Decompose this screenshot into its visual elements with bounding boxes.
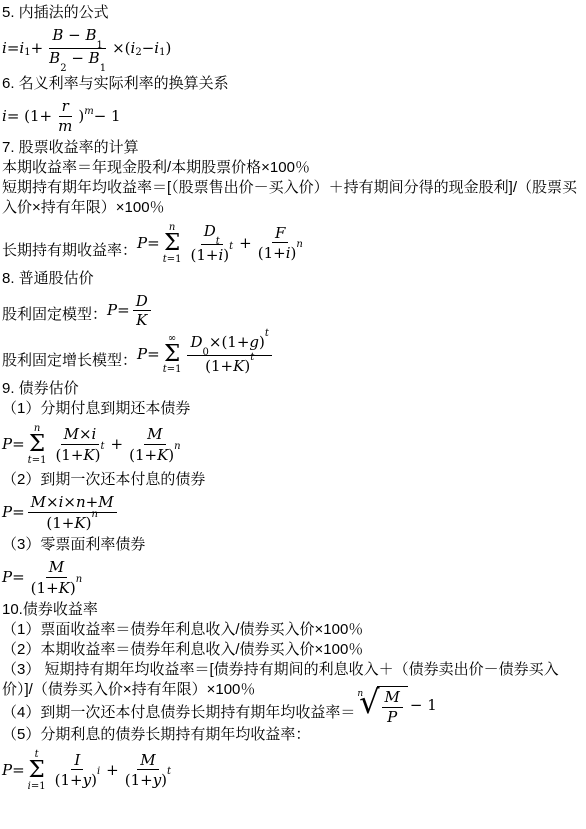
formula-dividend-fixed: P = DK [107,293,154,329]
row-dividend-fixed: 股利固定模型： P = DK [2,293,586,329]
formula-bond-lump-sum: P = M×i×n+M(1+K)n [2,494,120,531]
formula-stock-long-term-yield: P = nΣt=1Dt(1+i)t + F(1+i)n [137,222,309,265]
formula-bond-coupon: P = nΣt=1M×i(1+K)t + M(1+K)n [2,423,187,466]
label-dividend-fixed: 股利固定模型： [2,305,107,329]
line-stock-current-yield: 本期收益率＝年现金股利/本期股票价格×100％ [2,158,586,178]
formula-interpolation: i = i1 + B − B1B2 − B1 ×(i2 − i1) [2,27,171,70]
line-bond-item3: （3）零票面利率债券 [2,535,586,555]
line-bond-periodic-yield-label: （5）分期利息的债券长期持有期年均收益率： [2,725,586,745]
row-stock-long-term-yield: 长期持有期收益率： P = nΣt=1Dt(1+i)t + F(1+i)n [2,222,586,265]
line-stock-short-term-yield: 短期持有期年均收益率＝[（股票售出价－买入价）＋持有期间分得的现金股利]/（股票… [2,178,586,218]
heading-section-9: 9. 债券估价 [2,379,586,399]
formula-dividend-growth: P = ∞Σt=1D0×(1+g)t(1+K)t [137,333,275,376]
heading-section-6: 6. 名义利率与实际利率的换算关系 [2,74,586,94]
heading-section-10: 10.债券收益率 [2,600,586,620]
row-bond-lump-yield: （4）到期一次还本付息债券长期持有期年均收益率＝ n√MP − 1 [2,700,586,725]
label-long-term-yield: 长期持有期收益率： [2,241,137,265]
heading-section-5: 5. 内插法的公式 [2,3,586,23]
line-bond-coupon-yield: （1）票面收益率＝债券年利息收入/债券买入价×100％ [2,620,586,640]
line-bond-short-term-yield: （3） 短期持有期年均收益率＝[债券持有期间的利息收入＋（债券卖出价－债券买入价… [2,660,586,700]
line-bond-item2: （2）到期一次还本付息的债券 [2,470,586,490]
heading-section-8: 8. 普通股估价 [2,269,586,289]
row-dividend-growth: 股利固定增长模型： P = ∞Σt=1D0×(1+g)t(1+K)t [2,333,586,376]
label-dividend-growth: 股利固定增长模型： [2,351,137,375]
heading-section-7: 7. 股票收益率的计算 [2,138,586,158]
formula-bond-zero-coupon: P = M(1+K)n [2,559,88,596]
document-page: 5. 内插法的公式 i = i1 + B − B1B2 − B1 ×(i2 − … [0,0,586,829]
line-bond-item1: （1）分期付息到期还本债券 [2,399,586,419]
formula-nominal-real-rate: i = (1+rm)m − 1 [2,98,121,134]
label-bond-lump-yield: （4）到期一次还本付息债券长期持有期年均收益率＝ [2,703,355,723]
formula-bond-lump-yield: n√MP − 1 [355,686,436,725]
formula-bond-periodic-yield: P = tΣi=1I(1+y)i + M(1+y)t [2,749,177,792]
line-bond-current-yield: （2）本期收益率＝债券年利息收入/债券买入价×100％ [2,640,586,660]
